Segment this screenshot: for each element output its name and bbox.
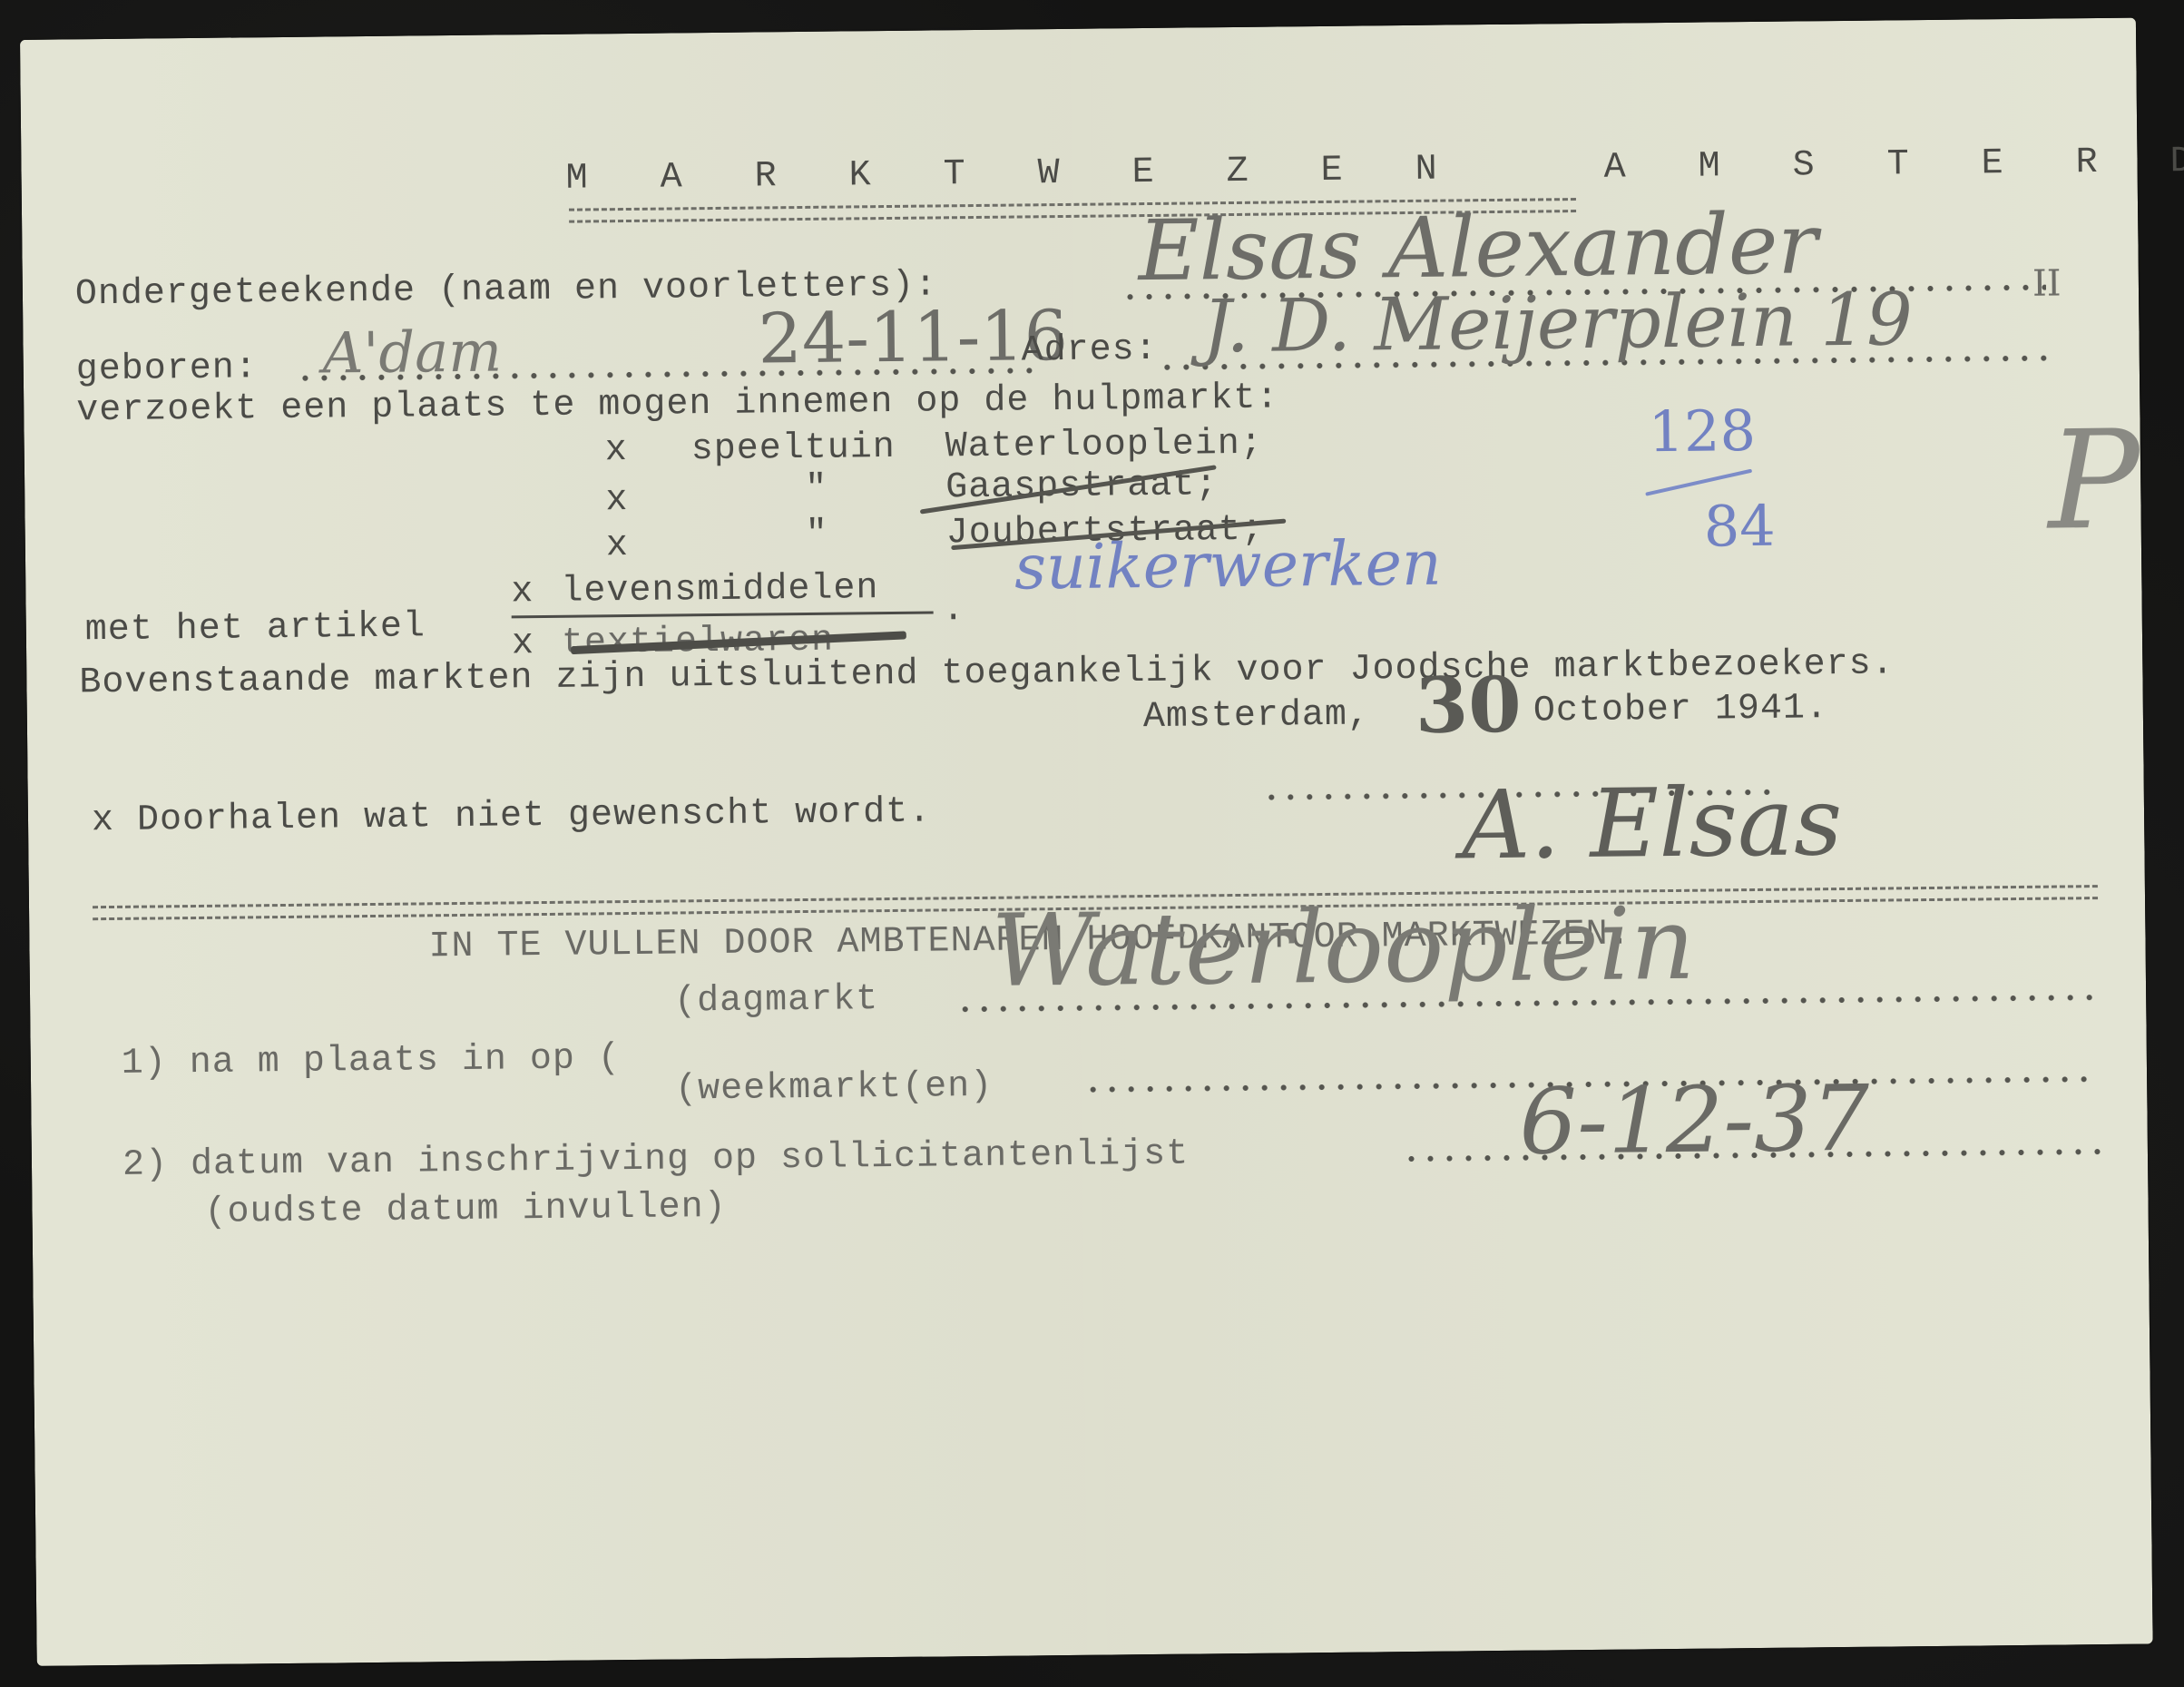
born-place-handwritten: A'dam (322, 323, 502, 381)
market-option-2-prefix: " (805, 472, 828, 508)
article-period: . (942, 593, 965, 629)
request-intro: verzoekt een plaats te mogen innemen op … (76, 380, 1279, 429)
article-label: met het artikel (85, 609, 426, 649)
margin-fraction-top: 128 (1648, 403, 1756, 460)
place-date-prefix: Amsterdam, (1143, 697, 1370, 736)
document-title: M A R K T W E Z E N A M S T E R D A M (565, 142, 2184, 197)
article-handwritten: suikerwerken (1014, 534, 1442, 600)
article-fraction-line (512, 611, 934, 618)
applicant-signature: A. Elsas (1462, 774, 1843, 872)
dagmarkt-handwritten: Waterlooplein (991, 894, 1695, 1001)
born-label: geboren: (76, 350, 258, 388)
item2-handwritten-date: 6-12-37 (1519, 1074, 1870, 1168)
market-option-2-marker: x (605, 483, 628, 519)
address-floor-handwritten: II (2032, 265, 2062, 301)
place-date-suffix: October 1941. (1533, 691, 1828, 730)
market-option-1-prefix: speeltuin (691, 430, 896, 468)
item2-label: 2) datum van inschrijving op sollicitant… (122, 1137, 1190, 1184)
article-option-1-marker: x (511, 574, 534, 611)
article-option-1-name: levensmiddelen (561, 571, 878, 611)
market-application-card: M A R K T W E Z E N A M S T E R D A M On… (20, 18, 2153, 1666)
dagmarkt-label: (dagmarkt (674, 982, 878, 1020)
address-handwritten: J. D. Meijerplein 19 (1202, 283, 1913, 363)
weekmarkt-label: (weekmarkt(en) (675, 1069, 993, 1109)
footnote: x Doorhalen wat niet gewenscht wordt. (92, 795, 932, 840)
market-option-1-name: Waterlooplein; (945, 427, 1263, 466)
place-date-day: 30 (1415, 667, 1522, 744)
margin-fraction-line (1645, 469, 1752, 496)
address-label: Adres: (1021, 332, 1157, 370)
market-option-3-prefix: " (806, 517, 828, 554)
margin-fraction-bottom: 84 (1703, 498, 1776, 555)
item1-label: 1) na m plaats in op ( (122, 1041, 621, 1083)
item2-sub-label: (oudste datum invullen) (204, 1190, 726, 1231)
margin-initials: P (2047, 413, 2140, 550)
market-option-1-marker: x (605, 433, 628, 469)
market-option-3-marker: x (606, 528, 629, 564)
